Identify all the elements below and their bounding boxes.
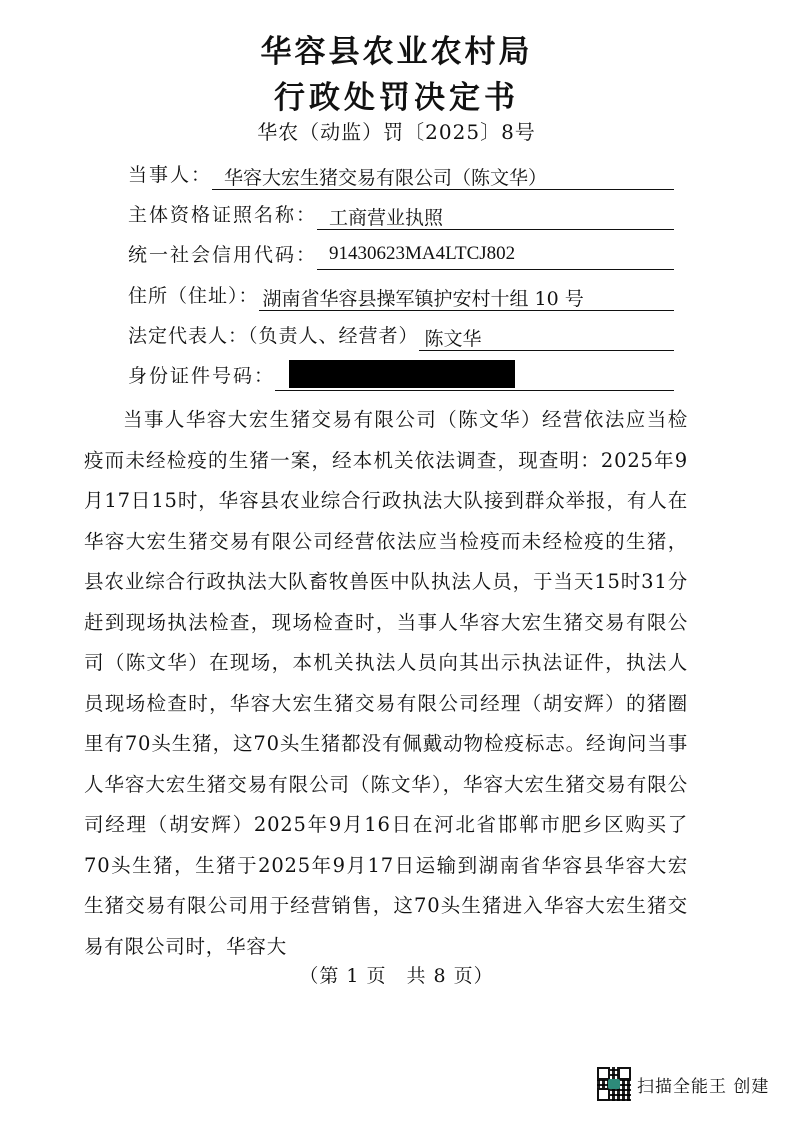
- agency-title: 华容县农业农村局: [0, 26, 793, 71]
- field-value: 湖南省华容县操军镇护安村十组 10 号: [259, 284, 674, 311]
- field-party: 当事人： 华容大宏生猪交易有限公司（陈文华）: [128, 160, 674, 190]
- field-license-name: 主体资格证照名称： 工商营业执照: [128, 200, 674, 230]
- scanner-watermark: 扫描全能王 创建: [597, 1067, 769, 1101]
- field-legal-rep: 法定代表人：（负责人、经营者） 陈文华: [128, 321, 674, 351]
- document-type-title: 行政处罚决定书: [0, 72, 793, 117]
- field-value: 91430623MA4LTCJ802: [317, 243, 674, 270]
- field-value: 华容大宏生猪交易有限公司（陈文华）: [212, 163, 674, 190]
- field-id-number: 身份证件号码：: [128, 361, 674, 391]
- field-label: 身份证件号码：: [128, 361, 275, 391]
- field-label: 法定代表人：（负责人、经营者）: [128, 321, 419, 351]
- field-label: 当事人：: [128, 160, 212, 190]
- field-value-redacted: [275, 364, 674, 391]
- field-credit-code: 统一社会信用代码： 91430623MA4LTCJ802: [128, 240, 674, 270]
- redaction-bar: [289, 360, 515, 388]
- findings-body: 当事人华容大宏生猪交易有限公司（陈文华）经营依法应当检疫而未经检疫的生猪一案，经…: [84, 400, 688, 967]
- findings-paragraph: 当事人华容大宏生猪交易有限公司（陈文华）经营依法应当检疫而未经检疫的生猪一案，经…: [84, 400, 688, 967]
- document-number: 华农（动监）罚〔2025〕8号: [0, 116, 793, 145]
- field-value: 陈文华: [419, 324, 674, 351]
- field-label: 统一社会信用代码：: [128, 240, 317, 270]
- field-address: 住所（住址）： 湖南省华容县操军镇护安村十组 10 号: [128, 281, 674, 311]
- watermark-text: 扫描全能王 创建: [637, 1072, 769, 1097]
- field-value: 工商营业执照: [317, 203, 674, 230]
- field-label: 主体资格证照名称：: [128, 200, 317, 230]
- field-label: 住所（住址）：: [128, 281, 259, 311]
- page-number: （第 1 页 共 8 页）: [0, 961, 793, 988]
- qr-code-icon: [597, 1067, 631, 1101]
